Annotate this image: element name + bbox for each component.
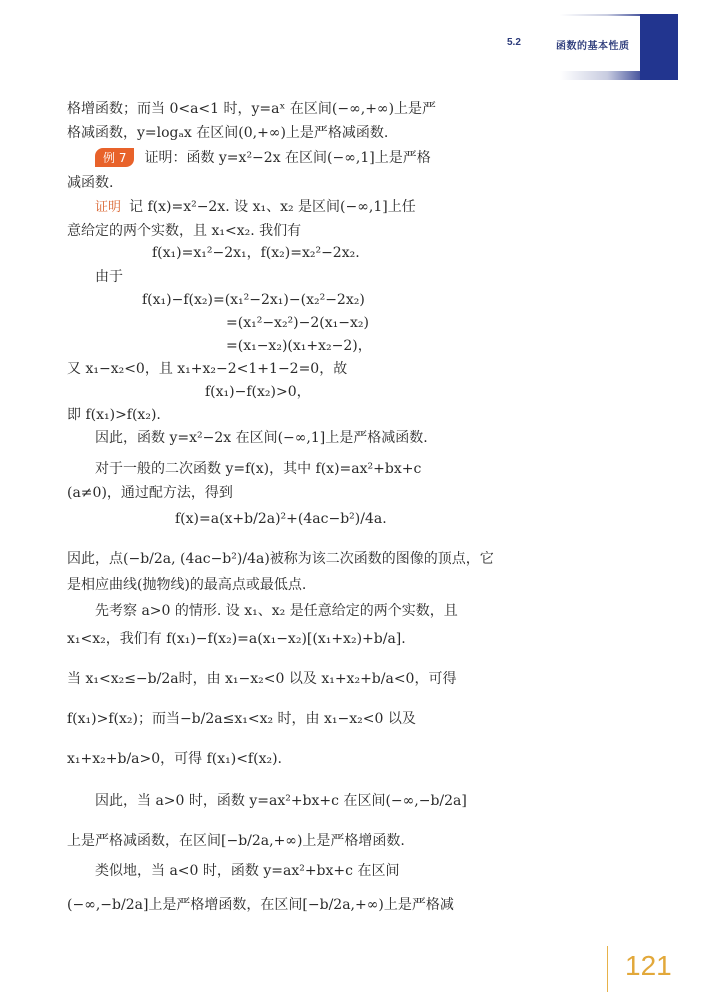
page-number-divider bbox=[607, 946, 608, 992]
section-number: 5.2 bbox=[507, 37, 521, 48]
example-line: 例 7证明：函数 y=x²−2x 在区间(−∞,1]上是严格 bbox=[95, 148, 431, 167]
text-line: 对于一般的二次函数 y=f(x)，其中 f(x)=ax²+bx+c bbox=[95, 460, 421, 478]
example-badge: 例 7 bbox=[95, 148, 134, 167]
text-line: 上是严格减函数，在区间[−b/2a,+∞)上是严格增函数. bbox=[67, 832, 405, 850]
text-line: x₁+x₂+b/a>0，可得 f(x₁)<f(x₂). bbox=[67, 750, 282, 768]
text-line: 类似地，当 a<0 时，函数 y=ax²+bx+c 在区间 bbox=[95, 862, 399, 880]
text-line: 当 x₁<x₂≤−b/2a时，由 x₁−x₂<0 以及 x₁+x₂+b/a<0，… bbox=[67, 670, 456, 688]
equation: =(x₁−x₂)(x₁+x₂−2)， bbox=[226, 337, 372, 355]
proof-text: 记 f(x)=x²−2x. 设 x₁、x₂ 是区间(−∞,1]上任 bbox=[129, 199, 416, 215]
equation: f(x)=a(x+b/2a)²+(4ac−b²)/4a. bbox=[175, 510, 387, 528]
text-line: 因此，函数 y=x²−2x 在区间(−∞,1]上是严格减函数. bbox=[95, 429, 428, 447]
text-line: 因此，当 a>0 时，函数 y=ax²+bx+c 在区间(−∞,−b/2a] bbox=[95, 792, 467, 810]
example-text: 证明：函数 y=x²−2x 在区间(−∞,1]上是严格 bbox=[144, 150, 430, 166]
section-title: 函数的基本性质 bbox=[556, 37, 630, 52]
text-line: 意给定的两个实数，且 x₁<x₂. 我们有 bbox=[67, 222, 301, 240]
text-line: 因此，点(−b/2a, (4ac−b²)/4a)被称为该二次函数的图像的顶点，它 bbox=[67, 550, 494, 568]
text-line: (a≠0)，通过配方法，得到 bbox=[67, 484, 233, 502]
text-line: 格减函数，y=logₐx 在区间(0,+∞)上是严格减函数. bbox=[67, 124, 388, 142]
equation: f(x₁)−f(x₂)=(x₁²−2x₁)−(x₂²−2x₂) bbox=[142, 291, 365, 309]
text-line: 减函数. bbox=[67, 174, 113, 192]
text-line: 即 f(x₁)>f(x₂). bbox=[67, 406, 161, 424]
text-line: x₁<x₂，我们有 f(x₁)−f(x₂)=a(x₁−x₂)[(x₁+x₂)+b… bbox=[67, 630, 406, 648]
text-line: 由于 bbox=[95, 268, 123, 286]
page-number: 121 bbox=[625, 950, 672, 982]
text-line: 先考察 a>0 的情形. 设 x₁、x₂ 是任意给定的两个实数，且 bbox=[95, 602, 458, 620]
proof-label: 证明 bbox=[95, 200, 121, 215]
text-line: f(x₁)>f(x₂)；而当−b/2a≤x₁<x₂ 时，由 x₁−x₂<0 以及 bbox=[67, 710, 416, 728]
text-line: 格增函数；而当 0<a<1 时，y=aˣ 在区间(−∞,+∞)上是严 bbox=[67, 100, 436, 118]
text-line: (−∞,−b/2a]上是严格增函数，在区间[−b/2a,+∞)上是严格减 bbox=[67, 896, 454, 914]
text-line: 又 x₁−x₂<0，且 x₁+x₂−2<1+1−2=0，故 bbox=[67, 360, 347, 378]
text-line: 是相应曲线(抛物线)的最高点或最低点. bbox=[67, 576, 306, 594]
equation: f(x₁)=x₁²−2x₁，f(x₂)=x₂²−2x₂. bbox=[152, 244, 360, 262]
equation: f(x₁)−f(x₂)>0， bbox=[205, 383, 311, 401]
proof-line: 证明记 f(x)=x²−2x. 设 x₁、x₂ 是区间(−∞,1]上任 bbox=[95, 198, 416, 217]
equation: =(x₁²−x₂²)−2(x₁−x₂) bbox=[226, 314, 369, 332]
header-blue-block bbox=[640, 14, 678, 80]
